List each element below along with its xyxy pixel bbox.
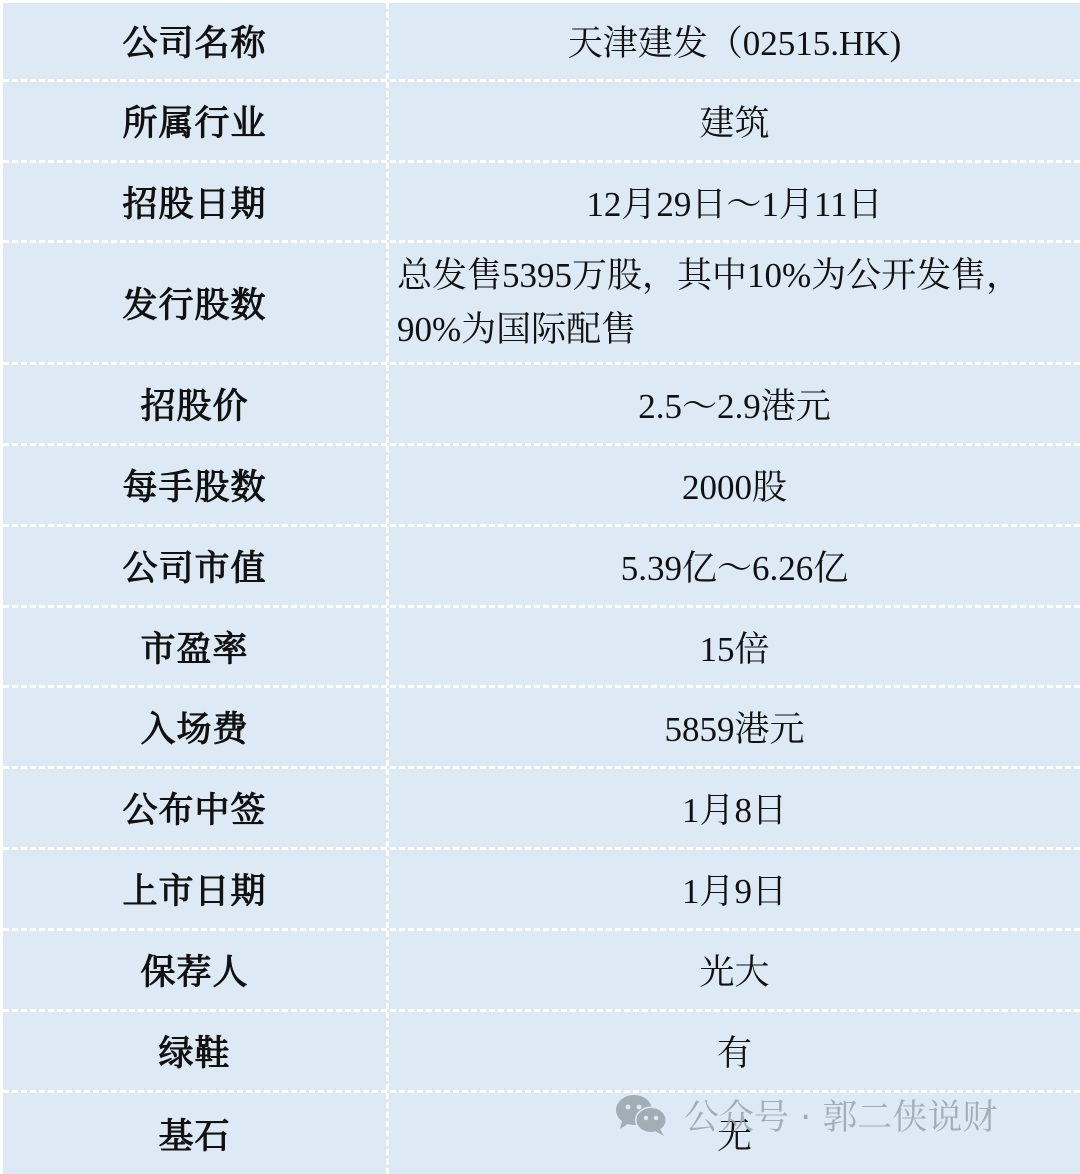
row-value: 建筑: [389, 82, 1080, 160]
row-label: 上市日期: [3, 850, 389, 928]
row-label: 发行股数: [3, 243, 389, 362]
table-row-industry: 所属行业 建筑: [3, 82, 1080, 163]
row-label: 每手股数: [3, 446, 389, 524]
table-row-shares-offered: 发行股数 总发售5395万股，其中10%为公开发售，90%为国际配售: [3, 243, 1080, 365]
row-value: 有: [389, 1012, 1080, 1090]
row-value: 15倍: [389, 608, 1080, 685]
row-value: 5.39亿～6.26亿: [389, 527, 1080, 605]
table-row-company-name: 公司名称 天津建发（02515.HK): [3, 3, 1080, 82]
row-value: 2.5～2.9港元: [389, 365, 1080, 443]
row-value: 天津建发（02515.HK): [389, 3, 1080, 79]
row-label: 招股日期: [3, 163, 389, 240]
row-value: 1月8日: [389, 769, 1080, 847]
table-row-lot-size: 每手股数 2000股: [3, 446, 1080, 527]
row-label: 公布中签: [3, 769, 389, 847]
row-value: 12月29日～1月11日: [389, 163, 1080, 240]
ipo-info-table: 公司名称 天津建发（02515.HK) 所属行业 建筑 招股日期 12月29日～…: [3, 3, 1080, 1174]
row-label: 公司名称: [3, 3, 389, 79]
table-row-listing-date: 上市日期 1月9日: [3, 850, 1080, 931]
row-label: 公司市值: [3, 527, 389, 605]
row-value: 光大: [389, 931, 1080, 1009]
table-row-subscription-period: 招股日期 12月29日～1月11日: [3, 163, 1080, 243]
row-label: 所属行业: [3, 82, 389, 160]
row-label: 入场费: [3, 688, 389, 766]
row-value: 无: [389, 1093, 1080, 1174]
row-value: 2000股: [389, 446, 1080, 524]
row-label: 保荐人: [3, 931, 389, 1009]
row-label: 绿鞋: [3, 1012, 389, 1090]
table-row-cornerstone: 基石 无: [3, 1093, 1080, 1174]
row-label: 基石: [3, 1093, 389, 1174]
table-row-entry-fee: 入场费 5859港元: [3, 688, 1080, 769]
row-value: 1月9日: [389, 850, 1080, 928]
row-value: 总发售5395万股，其中10%为公开发售，90%为国际配售: [389, 243, 1080, 362]
row-label: 市盈率: [3, 608, 389, 685]
table-row-allotment-date: 公布中签 1月8日: [3, 769, 1080, 850]
table-row-market-cap: 公司市值 5.39亿～6.26亿: [3, 527, 1080, 608]
table-row-offer-price: 招股价 2.5～2.9港元: [3, 365, 1080, 446]
row-value: 5859港元: [389, 688, 1080, 766]
table-row-sponsor: 保荐人 光大: [3, 931, 1080, 1012]
table-row-pe-ratio: 市盈率 15倍: [3, 608, 1080, 688]
row-label: 招股价: [3, 365, 389, 443]
table-row-greenshoe: 绿鞋 有: [3, 1012, 1080, 1093]
